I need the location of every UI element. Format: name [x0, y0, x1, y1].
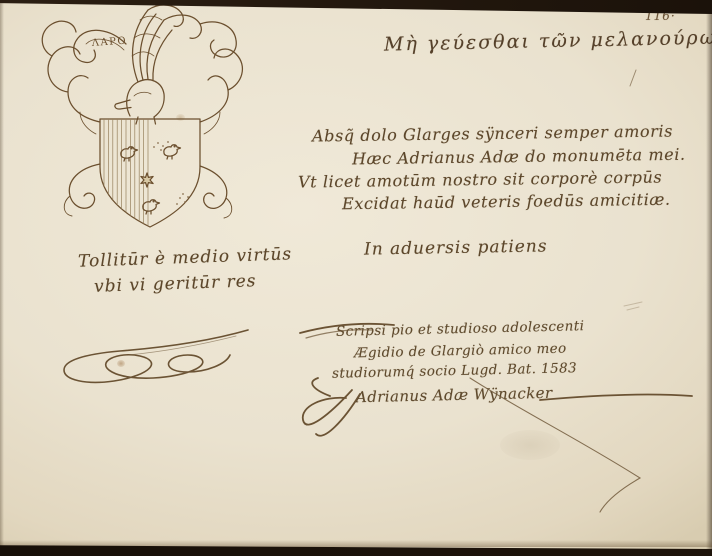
pen-flourishes — [0, 0, 712, 556]
pencil-smudge — [624, 302, 642, 310]
dedication-flourish — [300, 324, 394, 333]
signature-swash — [303, 378, 360, 436]
dedication-flourish — [306, 330, 372, 338]
signature-rule — [540, 395, 692, 400]
knot-flourish — [64, 330, 248, 382]
stray-stroke — [630, 70, 636, 86]
album-amicorum-page: 116· Μὴ γεύεσθαι τῶν μελανούρων — [0, 0, 712, 556]
page-edge-right — [706, 0, 712, 556]
page-edge-left — [0, 0, 4, 556]
